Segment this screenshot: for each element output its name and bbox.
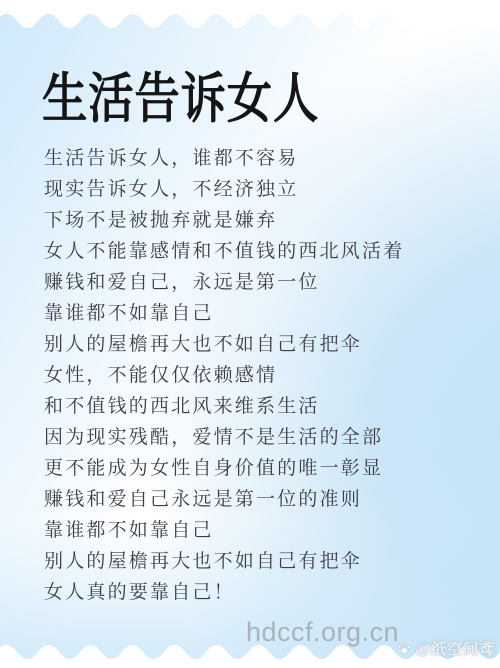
text-line: 因为现实残酷，爱情不是生活的全部 [44, 422, 480, 453]
text-line: 靠谁都不如靠自己 [44, 515, 480, 546]
text-line: 现实告诉女人，不经济独立 [44, 174, 480, 205]
text-line: 靠谁都不如靠自己 [44, 298, 480, 329]
text-line: 生活告诉女人，谁都不容易 [44, 143, 480, 174]
domain-watermark: hdccf.org.cn [246, 617, 399, 648]
text-line: 更不能成为女性自身价值的唯一彰显 [44, 453, 480, 484]
text-line: 和不值钱的西北风来维系生活 [44, 391, 480, 422]
author-watermark-label: @纸空间鸢 [415, 638, 495, 659]
author-watermark: @纸空间鸢 [396, 638, 495, 659]
baidu-paw-icon [396, 641, 413, 656]
text-line: 女人不能靠感情和不值钱的西北风活着 [44, 236, 480, 267]
text-line: 女人真的要靠自己！ [44, 577, 480, 608]
text-line: 别人的屋檐再大也不如自己有把伞 [44, 329, 480, 360]
text-line: 赚钱和爱自己，永远是第一位 [44, 267, 480, 298]
text-line: 女性，不能仅仅依赖感情 [44, 360, 480, 391]
page-title: 生活告诉女人 [42, 56, 319, 133]
quote-lines: 生活告诉女人，谁都不容易 现实告诉女人，不经济独立 下场不是被抛弃就是嫌弃 女人… [44, 143, 480, 608]
text-line: 下场不是被抛弃就是嫌弃 [44, 205, 480, 236]
quote-poster: 生活告诉女人 生活告诉女人，谁都不容易 现实告诉女人，不经济独立 下场不是被抛弃… [0, 0, 500, 668]
text-line: 别人的屋檐再大也不如自己有把伞 [44, 546, 480, 577]
text-line: 赚钱和爱自己永远是第一位的准则 [44, 484, 480, 515]
